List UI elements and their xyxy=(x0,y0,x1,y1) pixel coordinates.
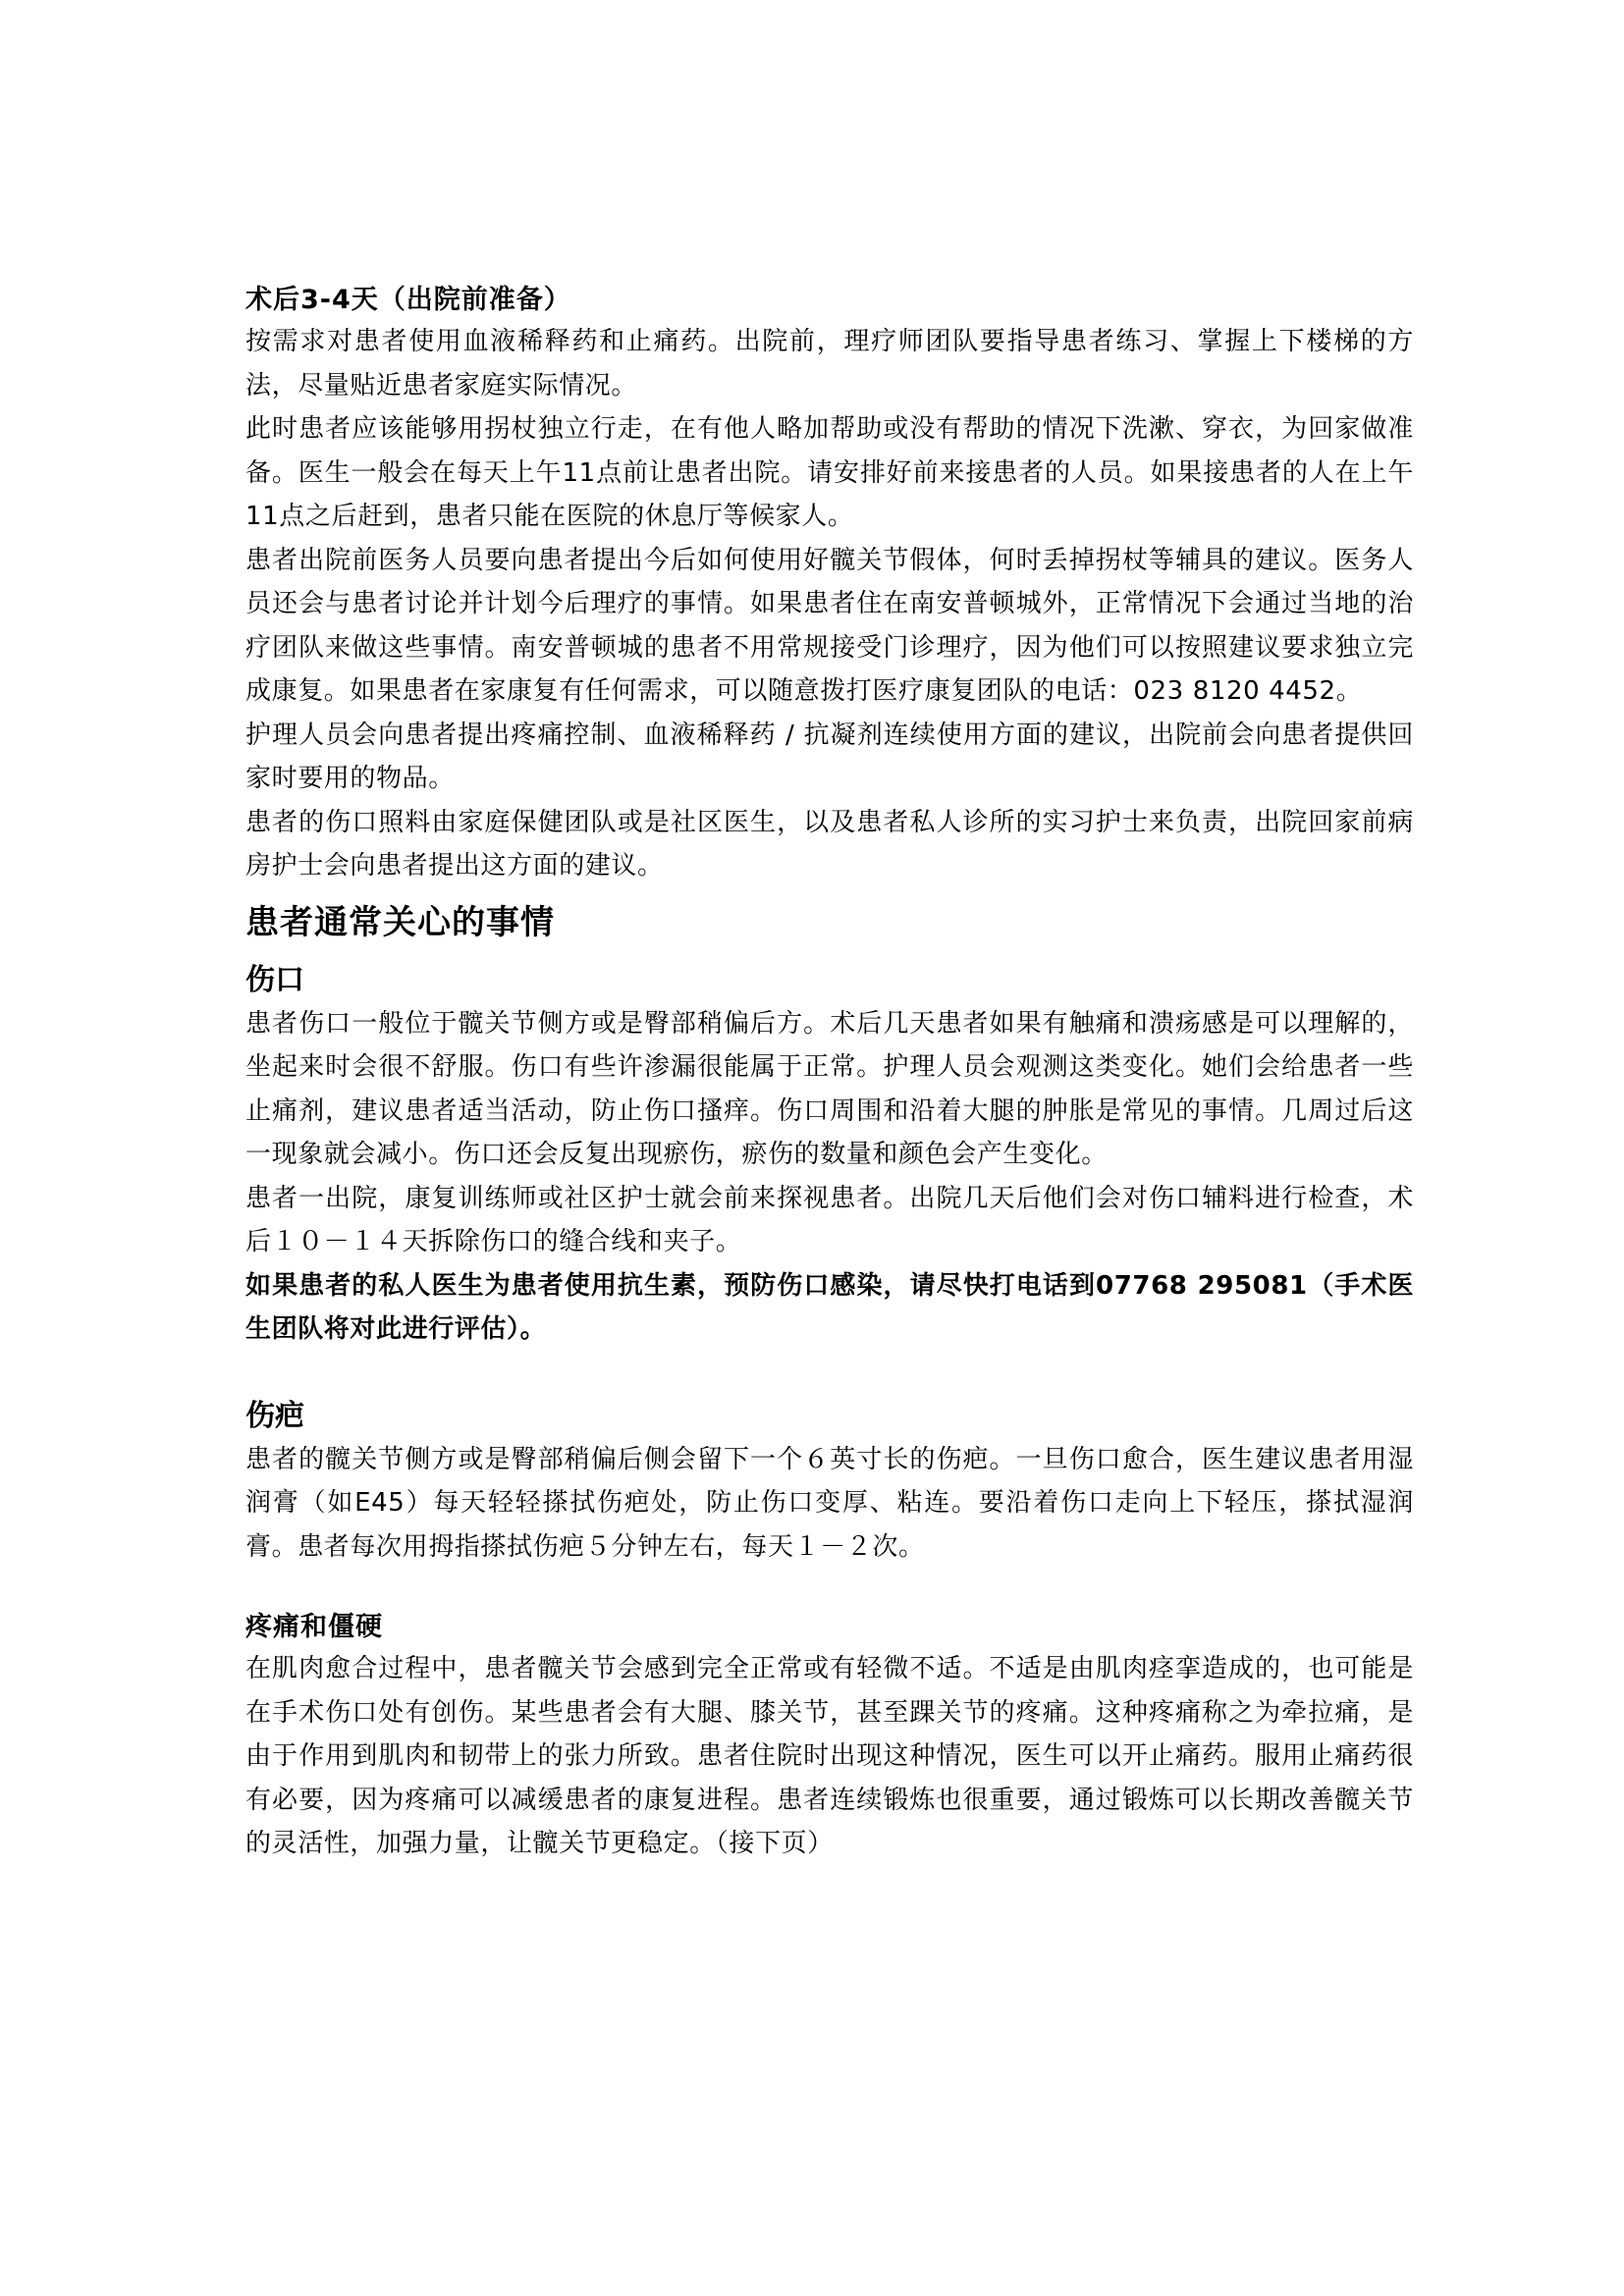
paragraph: 此时患者应该能够用拐杖独立行走，在有他人略加帮助或没有帮助的情况下洗漱、穿衣，为… xyxy=(245,407,1414,539)
subheading-pain-stiffness: 疼痛和僵硬 xyxy=(245,1608,1414,1647)
section-heading-discharge-prep: 术后3-4天（出院前准备） xyxy=(245,281,1414,320)
spacer xyxy=(245,1352,1414,1395)
paragraph: 护理人员会向患者提出疼痛控制、血液稀释药 / 抗凝剂连续使用方面的建议，出院前会… xyxy=(245,714,1414,801)
paragraph: 患者的髋关节侧方或是臀部稍偏后侧会留下一个６英寸长的伤疤。一旦伤口愈合，医生建议… xyxy=(245,1438,1414,1570)
paragraph: 在肌肉愈合过程中，患者髋关节会感到完全正常或有轻微不适。不适是由肌肉痉挛造成的，… xyxy=(245,1647,1414,1866)
document-page: 术后3-4天（出院前准备） 按需求对患者使用血液稀释药和止痛药。出院前，理疗师团… xyxy=(245,281,1414,1866)
paragraph: 患者的伤口照料由家庭保健团队或是社区医生，以及患者私人诊所的实习护士来负责，出院… xyxy=(245,801,1414,888)
paragraph: 患者伤口一般位于髋关节侧方或是臀部稍偏后方。术后几天患者如果有触痛和溃疡感是可以… xyxy=(245,1002,1414,1177)
paragraph: 患者出院前医务人员要向患者提出今后如何使用好髋关节假体，何时丢掉拐杖等辅具的建议… xyxy=(245,539,1414,714)
subheading-wound: 伤口 xyxy=(245,959,1414,1002)
paragraph: 按需求对患者使用血液稀释药和止痛药。出院前，理疗师团队要指导患者练习、掌握上下楼… xyxy=(245,320,1414,407)
paragraph: 患者一出院，康复训练师或社区护士就会前来探视患者。出院几天后他们会对伤口辅料进行… xyxy=(245,1177,1414,1264)
antibiotic-notice: 如果患者的私人医生为患者使用抗生素，预防伤口感染，请尽快打电话到07768 29… xyxy=(245,1264,1414,1352)
section-heading-common-concerns: 患者通常关心的事情 xyxy=(245,898,1414,947)
subheading-scar: 伤疤 xyxy=(245,1395,1414,1438)
spacer xyxy=(245,1569,1414,1608)
